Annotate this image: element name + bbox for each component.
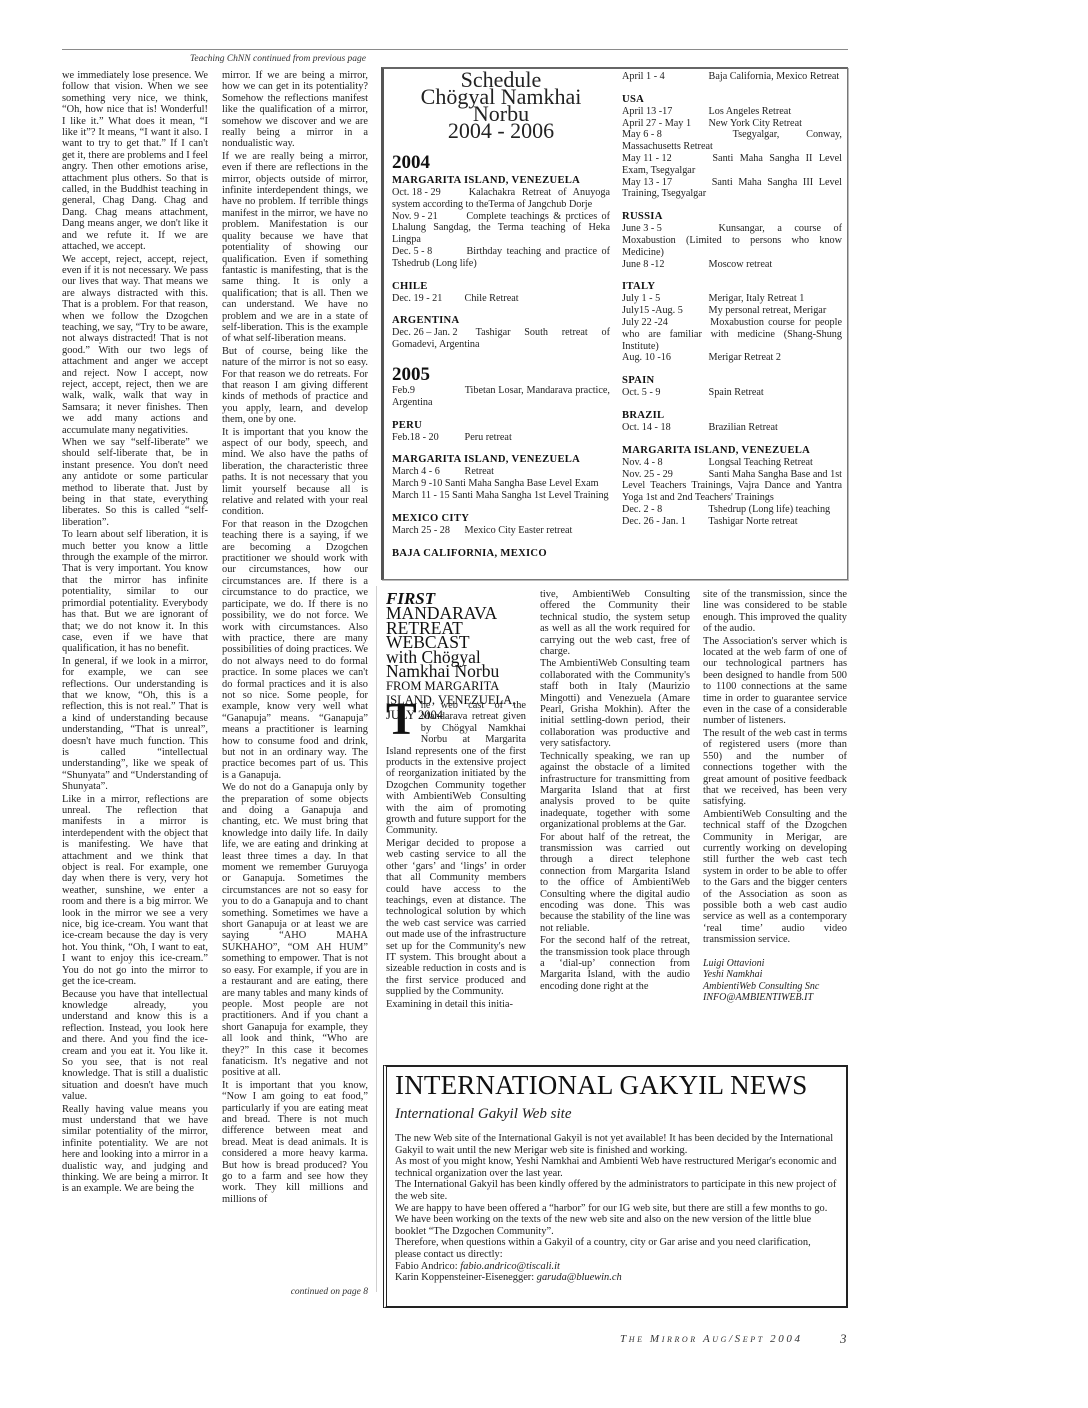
paragraph: We are happy to have been offered a “har… <box>395 1203 838 1215</box>
schedule-entry: Dec. 2 - 8 Tshedrup (Long life) teaching <box>622 504 842 516</box>
webcast-column-3: site of the transmission, since the line… <box>703 589 847 1004</box>
contact-line: Fabio Andrico: fabio.andrico@tiscali.it <box>395 1261 838 1273</box>
paragraph: AmbientiWeb Consulting and the technical… <box>703 809 847 946</box>
schedule-entry: June 8 -12 Moscow retreat <box>622 259 842 271</box>
paragraph: Because you have that intellectual knowl… <box>62 989 208 1103</box>
schedule-entry: April 27 - May 1 New York City Retreat <box>622 118 842 130</box>
paragraph: It is important that you know the aspect… <box>222 427 368 518</box>
schedule-entry: May 11 - 12 Santi Maha Sangha II Level E… <box>622 153 842 177</box>
paragraph: To learn about self liberation, it is mu… <box>62 529 208 654</box>
region-heading: MARGARITA ISLAND, VENEZUELA <box>392 175 610 187</box>
schedule-entry: Oct. 5 - 9 Spain Retreat <box>622 387 842 399</box>
region-heading: BAJA CALIFORNIA, MEXICO <box>392 548 610 560</box>
region-heading: ITALY <box>622 281 842 293</box>
schedule-entry: Nov. 4 - 8 Longsal Teaching Retreat <box>622 457 842 469</box>
paragraph: The AmbientiWeb Consulting team collabor… <box>540 658 690 749</box>
schedule-entry: March 9 -10 Santi Maha Sangha Base Level… <box>392 478 610 490</box>
paragraph: site of the transmission, since the line… <box>703 589 847 635</box>
gakyil-subtitle: International Gakyil Web site <box>395 1105 838 1123</box>
schedule-entry: Dec. 26 - Jan. 1 Tashigar Norte retreat <box>622 516 842 528</box>
gakyil-title: INTERNATIONAL GAKYIL NEWS <box>395 1071 838 1099</box>
paragraph: Technically speaking, we ran up against … <box>540 751 690 831</box>
paragraph: The International Gakyil has been kindly… <box>395 1179 838 1202</box>
schedule-entry: June 3 - 5 Kunsangar, a course of Moxabu… <box>622 223 842 258</box>
paragraph: As most of you might know, Yeshi Namkhai… <box>395 1156 838 1179</box>
paragraph: mirror. If we are being a mirror, how we… <box>222 70 368 150</box>
schedule-entry: May 6 - 8 Tsegyalgar, Conway, Massachuse… <box>622 129 842 153</box>
schedule-entry: March 25 - 28 Mexico City Easter retreat <box>392 525 610 537</box>
paragraph: For the second half of the retreat, the … <box>540 935 690 992</box>
schedule-entry: May 13 - 17 Santi Maha Sangha III Level … <box>622 177 842 201</box>
schedule-entry: April 13 -17 Los Angeles Retreat <box>622 106 842 118</box>
schedule-title-line: 2004 - 2006 <box>392 122 610 139</box>
schedule-entry: Dec. 5 - 8 Birthday teaching and practic… <box>392 246 610 270</box>
region-heading: MEXICO CITY <box>392 513 610 525</box>
paragraph: tive, AmbientiWeb Consulting offered the… <box>540 589 690 657</box>
teaching-column-1: we immediately lose presence. We follow … <box>62 70 208 1196</box>
contact-line: Karin Koppensteiner-Eisenegger: garuda@b… <box>395 1272 838 1284</box>
paragraph: For that reason in the Dzogchen teaching… <box>222 519 368 781</box>
region-heading: SPAIN <box>622 375 842 387</box>
paragraph: When we say “self-liberate” we should se… <box>62 437 208 528</box>
dateline: FROM MARGARITA <box>386 679 526 694</box>
paragraph: We have been working on the texts of the… <box>395 1214 838 1237</box>
region-heading: RUSSIA <box>622 211 842 223</box>
schedule-entry: Nov. 9 - 21 Complete teachings & prctice… <box>392 211 610 246</box>
region-heading: CHILE <box>392 281 610 293</box>
paragraph: Merigar decided to propose a web casting… <box>386 838 526 998</box>
gakyil-news-box: INTERNATIONAL GAKYIL NEWS International … <box>383 1065 848 1308</box>
region-heading: PERU <box>392 420 610 432</box>
schedule-entry: July15 -Aug. 5 My personal retreat, Meri… <box>622 305 842 317</box>
schedule-column-1: Schedule Chögyal Namkhai Norbu 2004 - 20… <box>392 71 610 560</box>
paragraph: The web cast of the Mandarava retreat gi… <box>386 700 526 837</box>
paragraph: The result of the web cast in terms of r… <box>703 728 847 808</box>
contact-email-link[interactable]: garuda@bluewin.ch <box>537 1272 622 1283</box>
schedule-column-2: April 1 - 4 Baja California, Mexico Retr… <box>622 71 842 528</box>
paragraph: In general, if we look in a mirror, for … <box>62 656 208 793</box>
year-heading: 2004 <box>392 153 610 173</box>
paragraph: Really having value means you must under… <box>62 1104 208 1195</box>
schedule-entry: Nov. 25 - 29 Santi Maha Sangha Base and … <box>622 469 842 504</box>
author-company: AmbientiWeb Consulting Snc <box>703 981 847 993</box>
region-heading: BRAZIL <box>622 410 842 422</box>
paragraph: Like in a mirror, reflections are unreal… <box>62 794 208 988</box>
year-heading: 2005 <box>392 365 610 385</box>
schedule-entry: Feb.9 Tibetan Losar, Mandarava practice,… <box>392 385 610 409</box>
paragraph: But of course, being like the nature of … <box>222 346 368 426</box>
author-name: Luigi Ottavioni <box>703 958 847 970</box>
schedule-entry: Oct. 18 - 29 Kalachakra Retreat of Anuyo… <box>392 187 610 211</box>
headline-line: Namkhai Norbu <box>386 664 526 679</box>
continued-on-note: continued on page 8 <box>222 1287 368 1297</box>
schedule-entry: July 22 -24 Moxabustion course for peopl… <box>622 317 842 352</box>
region-heading: USA <box>622 94 842 106</box>
teaching-column-2: mirror. If we are being a mirror, how we… <box>222 70 368 1206</box>
paragraph: We do not do a Ganapuja only by the prep… <box>222 782 368 1079</box>
schedule-entry: April 1 - 4 Baja California, Mexico Retr… <box>622 71 842 83</box>
paragraph: The Association's server which is locate… <box>703 636 847 727</box>
drop-cap: T <box>386 701 417 737</box>
schedule-entry: Feb.18 - 20 Peru retreat <box>392 432 610 444</box>
page-number: 3 <box>840 1331 847 1347</box>
paragraph: We accept, reject, accept, reject, even … <box>62 254 208 437</box>
paragraph: The new Web site of the International Ga… <box>395 1133 838 1156</box>
schedule-entry: July 1 - 5 Merigar, Italy Retreat 1 <box>622 293 842 305</box>
webcast-column-2: tive, AmbientiWeb Consulting offered the… <box>540 589 690 993</box>
paragraph: It is important that you know, “Now I am… <box>222 1080 368 1205</box>
gakyil-body: The new Web site of the International Ga… <box>395 1133 838 1284</box>
continued-from-note: Teaching ChNN continued from previous pa… <box>62 54 366 64</box>
schedule-entry: March 4 - 6 Retreat <box>392 466 610 478</box>
region-heading: ARGENTINA <box>392 315 610 327</box>
schedule-entry: Dec. 26 – Jan. 2 Tashigar South retreat … <box>392 327 610 351</box>
top-rule <box>62 49 848 50</box>
schedule-entry: Dec. 19 - 21 Chile Retreat <box>392 293 610 305</box>
webcast-column-1: The web cast of the Mandarava retreat gi… <box>386 700 526 1011</box>
schedule-entry: Oct. 14 - 18 Brazilian Retreat <box>622 422 842 434</box>
author-name: Yeshi Namkhai <box>703 969 847 981</box>
contact-email-link[interactable]: fabio.andrico@tiscali.it <box>460 1261 560 1272</box>
schedule-title: Schedule Chögyal Namkhai Norbu 2004 - 20… <box>392 71 610 139</box>
region-heading: MARGARITA ISLAND, VENEZUELA <box>392 454 610 466</box>
publication-footer: The Mirror Aug/Sept 2004 <box>620 1333 803 1345</box>
paragraph: If we are really being a mirror, even if… <box>222 151 368 345</box>
schedule-box: Schedule Chögyal Namkhai Norbu 2004 - 20… <box>381 67 848 580</box>
paragraph: Examining in detail this initia- <box>386 999 526 1010</box>
column-divider <box>376 586 377 1292</box>
region-heading: MARGARITA ISLAND, VENEZUELA <box>622 445 842 457</box>
schedule-title-line: Chögyal Namkhai Norbu <box>392 88 610 122</box>
schedule-entry: March 11 - 15 Santi Maha Sangha 1st Leve… <box>392 490 610 502</box>
schedule-entry: Aug. 10 -16 Merigar Retreat 2 <box>622 352 842 364</box>
paragraph: For about half of the retreat, the trans… <box>540 832 690 935</box>
author-signature: Luigi Ottavioni Yeshi Namkhai AmbientiWe… <box>703 958 847 1004</box>
paragraph: Therefore, when questions within a Gakyi… <box>395 1237 838 1260</box>
author-email: INFO@AMBIENTIWEB.IT <box>703 992 847 1004</box>
paragraph: we immediately lose presence. We follow … <box>62 70 208 253</box>
